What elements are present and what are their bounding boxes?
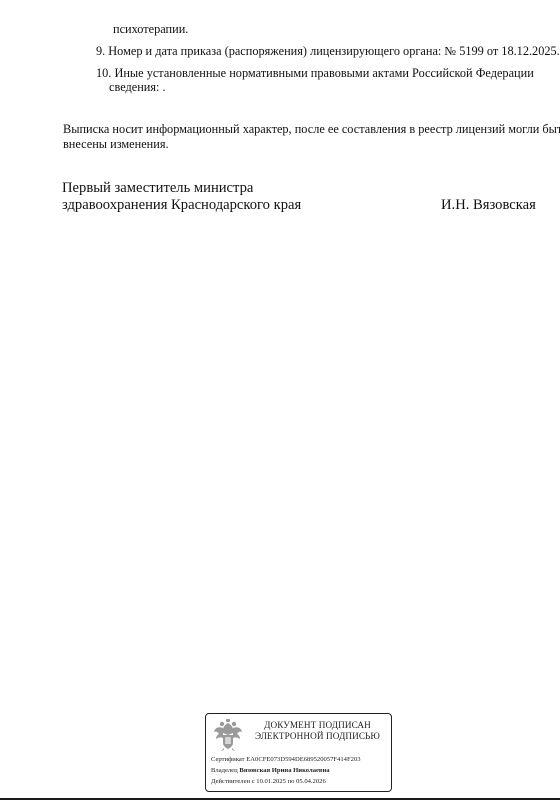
owner-row: Владелец Вязовская Ирина Николаевна	[211, 767, 330, 774]
stamp-title: ДОКУМЕНТ ПОДПИСАН ЭЛЕКТРОННОЙ ПОДПИСЬЮ	[248, 720, 387, 742]
owner-label: Владелец	[211, 767, 238, 774]
disclaimer-line-1: Выписка носит информационный характер, п…	[63, 122, 560, 137]
validity-value: с 10.01.2025 по 05.04.2026	[252, 778, 326, 785]
item-8-continuation: психотерапии.	[113, 22, 188, 37]
stamp-title-line-1: ДОКУМЕНТ ПОДПИСАН	[248, 720, 387, 731]
signatory-position-line-2: здравоохранения Краснодарского края	[62, 197, 301, 214]
certificate-row: Сертификат EA0CFE073D594DE689520057F414F…	[211, 756, 361, 763]
disclaimer-line-2: внесены изменения.	[63, 137, 169, 152]
item-9-order-number: 9. Номер и дата приказа (распоряжения) л…	[96, 44, 560, 59]
validity-row: Действителен с 10.01.2025 по 05.04.2026	[211, 778, 326, 785]
item-10-line-1: 10. Иные установленные нормативными прав…	[96, 66, 534, 81]
electronic-signature-stamp: ДОКУМЕНТ ПОДПИСАН ЭЛЕКТРОННОЙ ПОДПИСЬЮ С…	[205, 713, 392, 792]
signatory-name: И.Н. Вязовская	[441, 197, 536, 214]
coat-of-arms-eagle-icon	[213, 718, 243, 752]
item-10-line-2: сведения: .	[109, 80, 166, 95]
validity-label: Действителен	[211, 778, 250, 785]
owner-value: Вязовская Ирина Николаевна	[239, 767, 329, 774]
certificate-label: Сертификат	[211, 756, 245, 763]
certificate-value: EA0CFE073D594DE689520057F414F203	[246, 756, 360, 763]
signatory-position-line-1: Первый заместитель министра	[62, 180, 253, 197]
stamp-title-line-2: ЭЛЕКТРОННОЙ ПОДПИСЬЮ	[248, 731, 387, 742]
